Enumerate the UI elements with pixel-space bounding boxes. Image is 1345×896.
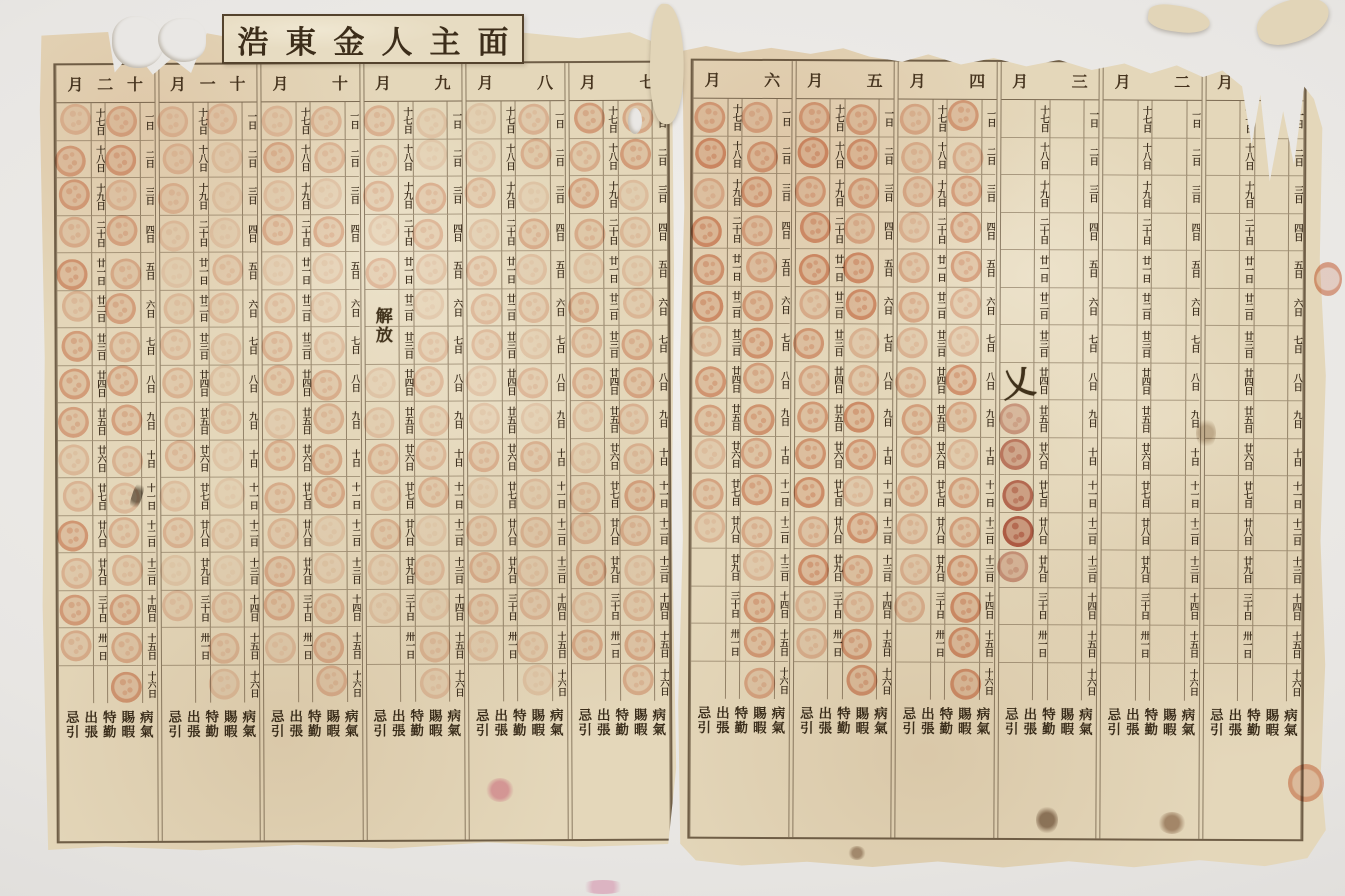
document-title: 浩東金人主面 [221, 17, 526, 62]
stamp-cell-second-half [161, 665, 196, 703]
day-label: 卅一日 [298, 627, 313, 665]
attendance-seal-stamp [621, 476, 659, 514]
month-body: 十七日一日十八日二日十九日三日二十日四日廿一日五日廿二日六日廿三日七日廿四日八日… [1101, 100, 1201, 700]
day-label: 廿一日 [727, 249, 742, 287]
attendance-seal-stamp [944, 400, 978, 434]
month-header-char: 八 [537, 70, 553, 93]
day-label: 廿一日 [92, 253, 107, 291]
day-label: 廿三日 [727, 324, 742, 362]
attendance-seal-stamp [362, 141, 401, 180]
attendance-seal-stamp [364, 211, 402, 249]
leave-legend: 忌引出張特勤賜暇病氣 [59, 703, 157, 841]
day-label: 廿四日 [92, 366, 107, 404]
attendance-seal-stamp [106, 627, 146, 667]
stamp-cell-second-half [570, 363, 605, 401]
stamp-cell-second-half [1103, 100, 1138, 138]
day-label [606, 663, 621, 701]
legend-label: 出張 [288, 709, 302, 738]
day-label: 廿一日 [1137, 251, 1152, 289]
day-label: 廿八日 [726, 511, 741, 549]
attendance-seal-stamp [410, 363, 447, 400]
attendance-seal-stamp [690, 288, 727, 325]
stamp-cell-second-half [1102, 400, 1137, 438]
day-label: 十一日 [552, 476, 566, 514]
stamp-cell-first-half [619, 363, 654, 401]
stamp-cell-first-half [1049, 288, 1084, 326]
attendance-seal-stamp [105, 364, 140, 399]
day-label: 十日 [1083, 438, 1097, 476]
stamp-cell-first-half [311, 102, 346, 140]
month-column-三月: 月三十七日一日十八日二日十九日三日二十日四日廿一日五日廿二日六日廿三日七日廿四日… [997, 62, 1100, 838]
day-label: 卅一日 [726, 624, 741, 662]
day-label: 八日 [1186, 363, 1200, 401]
stamp-cell-first-half [313, 515, 348, 553]
stamp-cell-second-half [1001, 100, 1036, 138]
attendance-seal-stamp [462, 174, 499, 211]
stamp-cell-first-half [741, 436, 776, 474]
day-label: 八日 [776, 362, 790, 400]
day-label: 二日 [141, 140, 155, 178]
day-label: 十七日 [501, 101, 516, 139]
attendance-seal-stamp [262, 405, 299, 442]
stamp-cell-first-half [946, 362, 981, 400]
day-label: 廿二日 [932, 287, 947, 325]
day-label: 廿九日 [1136, 551, 1151, 589]
attendance-seal-stamp [894, 207, 935, 248]
attendance-seal-stamp [412, 179, 450, 217]
attendance-seal-stamp [361, 364, 399, 402]
month-body: 十七日一日十八日二日十九日三日二十日四日廿一日五日廿二日六日廿三日七日廿四日八日… [159, 102, 259, 702]
day-label: 十八日 [296, 140, 311, 178]
stamp-cell-first-half [108, 665, 143, 703]
attendance-seal-stamp [838, 471, 878, 511]
attendance-seal-stamp [517, 587, 553, 623]
day-label: 廿四日 [605, 363, 620, 401]
attendance-seal-stamp [619, 586, 658, 625]
attendance-seal-stamp [108, 442, 146, 480]
stamp-cell-first-half [209, 215, 244, 253]
day-label: 三十日 [828, 587, 843, 625]
stamp-cell-second-half [571, 588, 606, 626]
day-label: 三十日 [726, 586, 741, 624]
stamp-cell-second-half [999, 625, 1034, 663]
stamp-cell-second-half [59, 666, 94, 704]
attendance-seal-stamp [464, 474, 501, 511]
stamp-cell-first-half [208, 102, 243, 140]
day-label: 二日 [777, 137, 791, 175]
stamp-cell-first-half [742, 286, 777, 324]
stamp-cell-second-half [366, 589, 401, 627]
attendance-seal-stamp [466, 592, 501, 627]
day-label: 十九日 [399, 177, 414, 215]
day-label: 二十日 [728, 211, 743, 249]
legend-label: 病氣 [138, 710, 152, 739]
day-label: 十三日 [1083, 550, 1097, 588]
stamp-cell-first-half [843, 512, 878, 550]
attendance-seal-stamp [414, 105, 450, 141]
attendance-seal-stamp [568, 248, 609, 289]
day-label: 廿一日 [297, 252, 312, 290]
day-label: 十八日 [501, 139, 516, 177]
day-label: 廿六日 [829, 437, 844, 475]
stamp-cell-first-half [742, 174, 777, 212]
day-label: 二日 [1187, 138, 1201, 176]
stamp-cell-first-half [1152, 288, 1187, 326]
attendance-seal-stamp [691, 216, 723, 248]
stamp-cell-second-half [691, 624, 726, 662]
attendance-seal-stamp [516, 135, 554, 173]
attendance-seal-stamp [158, 553, 192, 587]
day-label: 八日 [1084, 363, 1098, 401]
stamp-cell-first-half [946, 587, 981, 625]
stamp-cell-first-half [415, 589, 450, 627]
attendance-seal-stamp [465, 438, 504, 477]
stamp-cell-first-half [620, 551, 655, 589]
stamp-cell-first-half [1253, 514, 1288, 552]
stamp-cell-first-half [210, 402, 245, 440]
stamp-cell-first-half [1151, 363, 1186, 401]
month-column-八月: 月八十七日一日十八日二日十九日三日二十日四日廿一日五日廿二日六日廿三日七日廿四日… [465, 63, 568, 839]
attendance-seal-stamp [209, 668, 240, 699]
attendance-seal-stamp [209, 590, 244, 625]
attendance-seal-stamp [514, 99, 553, 138]
stamp-cell-second-half [58, 553, 93, 591]
stamp-cell-first-half [743, 99, 778, 137]
stamp-cell-first-half [108, 553, 143, 591]
stamp-cell-first-half [311, 140, 346, 178]
paper-sheet-right: 月六十七日一日十八日二日十九日三日二十日四日廿一日五日廿二日六日廿三日七日廿四日… [676, 43, 1334, 872]
attendance-seal-stamp [259, 585, 299, 625]
attendance-seal-stamp [56, 404, 92, 440]
stamp-cell-second-half [366, 477, 401, 515]
day-label: 十二日 [1083, 513, 1097, 551]
stamp-cell-first-half [945, 662, 980, 700]
day-label: 十一日 [450, 477, 464, 515]
attendance-seal-stamp [563, 173, 603, 213]
day-label: 六日 [879, 287, 893, 325]
day-label: 十三日 [450, 552, 464, 590]
stamp-cell-first-half [208, 140, 243, 178]
day-label: 九日 [654, 401, 668, 439]
stamp-cell-first-half [1253, 626, 1288, 664]
stamp-cell-second-half [262, 215, 297, 253]
day-label: 卅一日 [1033, 625, 1048, 663]
day-label [94, 666, 109, 704]
day-label: 十六日 [877, 662, 891, 700]
stamp-cell-second-half [366, 514, 401, 552]
day-label: 四日 [1187, 213, 1201, 251]
month-header: 月一十 [159, 64, 257, 102]
attendance-seal-stamp [568, 441, 602, 475]
day-label: 九日 [1083, 400, 1097, 438]
attendance-seal-stamp [694, 136, 729, 171]
day-label: 十四日 [1083, 588, 1097, 626]
leave-legend: 忌引出張特勤賜暇病氣 [264, 702, 362, 840]
day-label: 廿九日 [1034, 550, 1049, 588]
stamp-cell-second-half [795, 212, 830, 250]
stamp-cell-second-half [1001, 175, 1036, 213]
stamp-cell-first-half [1254, 326, 1289, 364]
stamp-cell-second-half [1206, 138, 1241, 176]
stamp-cell-second-half [999, 475, 1034, 513]
attendance-seal-stamp [574, 102, 605, 133]
stamp-cell-second-half [693, 174, 728, 212]
stamp-cell-second-half [161, 553, 196, 591]
legend-label: 忌引 [901, 707, 915, 736]
day-label: 廿五日 [829, 399, 844, 437]
attendance-seal-stamp [795, 250, 833, 288]
attendance-seal-stamp [208, 632, 240, 664]
attendance-seal-stamp [415, 473, 452, 510]
attendance-seal-stamp [464, 398, 504, 438]
attendance-seal-stamp [310, 251, 344, 285]
attendance-seal-stamp [945, 208, 985, 248]
legend-label: 病氣 [241, 709, 255, 738]
stamp-cell-second-half [57, 216, 92, 254]
stamp-cell-first-half [843, 662, 878, 700]
day-label: 六日 [776, 287, 790, 325]
attendance-seal-stamp [944, 473, 983, 512]
month-column-十月: 月十十七日一日十八日二日十九日三日二十日四日廿一日五日廿二日六日廿三日七日廿四日… [260, 64, 363, 840]
day-label: 二日 [880, 137, 894, 175]
day-label: 廿六日 [605, 438, 620, 476]
stamp-cell-first-half [1050, 213, 1085, 251]
day-label: 卅一日 [931, 625, 946, 663]
day-label: 廿八日 [195, 515, 210, 553]
legend-label: 賜暇 [1264, 708, 1278, 737]
attendance-seal-stamp [417, 588, 451, 622]
day-label [299, 665, 314, 703]
month-header-char: 月 [1115, 69, 1131, 92]
day-label: 廿九日 [298, 552, 313, 590]
attendance-seal-stamp [946, 324, 980, 358]
stamp-cell-first-half [312, 402, 347, 440]
attendance-seal-stamp [793, 476, 824, 507]
day-label: 十五日 [655, 626, 669, 664]
attendance-seal-stamp [211, 474, 248, 511]
stamp-cell-second-half [793, 662, 828, 700]
attendance-seal-stamp [944, 96, 982, 134]
day-label: 卅一日 [93, 628, 108, 666]
stamp-cell-first-half [947, 287, 982, 325]
day-label: 五日 [551, 251, 565, 289]
stamp-cell-second-half [1204, 551, 1239, 589]
day-label: 三日 [243, 177, 257, 215]
attendance-seal-stamp [738, 399, 779, 440]
day-label: 廿八日 [931, 512, 946, 550]
day-label: 十四日 [450, 589, 464, 627]
stamp-cell-second-half [1101, 550, 1136, 588]
stamp-cell-second-half [795, 287, 830, 325]
stamp-cell-second-half [1205, 363, 1240, 401]
stamp-cell-second-half [571, 476, 606, 514]
stamp-cell-first-half [518, 551, 553, 589]
attendance-seal-stamp [510, 248, 551, 289]
stamp-cell-first-half [1253, 551, 1288, 589]
stamp-cell-first-half [313, 552, 348, 590]
day-label: 一日 [1187, 101, 1201, 139]
stamp-cell-first-half [843, 587, 878, 625]
day-label: 三十日 [931, 587, 946, 625]
stamp-cell-second-half [366, 439, 401, 477]
stamp-cell-second-half [569, 176, 604, 214]
attendance-seal-stamp [313, 331, 344, 362]
day-label: 廿五日 [400, 402, 415, 440]
stamp-cell-first-half [741, 399, 776, 437]
stamp-cell-second-half [468, 476, 503, 514]
day-label: 十四日 [775, 586, 789, 624]
stamp-cell-second-half [692, 399, 727, 437]
stamp-cell-first-half [312, 440, 347, 478]
legend-label: 病氣 [770, 706, 784, 735]
stamp-cell-first-half [312, 477, 347, 515]
attendance-seal-stamp [946, 284, 985, 323]
day-label: 四日 [879, 212, 893, 250]
day-label: 三日 [551, 176, 565, 214]
stamp-cell-second-half [570, 326, 605, 364]
stamp-cell-second-half [160, 403, 195, 441]
day-label: 十五日 [877, 624, 891, 662]
day-label: 廿八日 [829, 512, 844, 550]
stamp-cell-second-half [468, 401, 503, 439]
stamp-cell-second-half [1205, 326, 1240, 364]
legend-label: 特勤 [101, 710, 115, 739]
attendance-seal-stamp [410, 217, 445, 252]
day-label: 七日 [1084, 325, 1098, 363]
day-label: 十二日 [775, 511, 789, 549]
leave-legend: 忌引出張特勤賜暇病氣 [367, 702, 465, 840]
stamp-cell-second-half [262, 252, 297, 290]
day-label: 三日 [1289, 176, 1303, 214]
stamp-cell-first-half [312, 365, 347, 403]
attendance-seal-stamp [739, 622, 779, 662]
stamp-cell-first-half [844, 399, 879, 437]
legend-label: 出張 [390, 709, 404, 738]
day-label: 十八日 [933, 137, 948, 175]
day-label: 五日 [1289, 251, 1303, 289]
day-label: 廿六日 [932, 437, 947, 475]
day-label: 卅一日 [606, 626, 621, 664]
attendance-seal-stamp [417, 665, 454, 702]
attendance-seal-stamp [571, 400, 603, 432]
stamp-cell-first-half [518, 664, 553, 702]
stamp-cell-second-half [468, 439, 503, 477]
stamp-cell-second-half [693, 211, 728, 249]
attendance-seal-stamp [739, 288, 775, 324]
day-label: 十日 [1288, 439, 1302, 477]
stamp-cell-first-half [618, 138, 653, 176]
attendance-seal-stamp [210, 552, 247, 589]
day-label: 十二日 [552, 514, 566, 552]
day-label: 三日 [777, 174, 791, 212]
day-label: 廿七日 [503, 476, 518, 514]
stamp-cell-first-half [416, 627, 451, 665]
legend-label: 特勤 [511, 708, 525, 737]
day-label: 廿九日 [93, 553, 108, 591]
day-label: 十九日 [1138, 176, 1153, 214]
day-label: 廿五日 [1137, 401, 1152, 439]
day-label: 十日 [981, 437, 995, 475]
attendance-seal-stamp [623, 553, 657, 587]
day-label: 七日 [981, 325, 995, 363]
attendance-seal-stamp [260, 627, 301, 668]
stamp-cell-second-half [262, 177, 297, 215]
legend-label: 出張 [817, 706, 831, 735]
day-label: 十九日 [194, 178, 209, 216]
stamp-cell-second-half [160, 290, 195, 328]
stamp-cell-second-half [1103, 138, 1138, 176]
attendance-seal-stamp [101, 290, 138, 327]
day-label: 二日 [448, 139, 462, 177]
attendance-seal-stamp [896, 249, 932, 285]
stamp-cell-second-half [467, 176, 502, 214]
attendance-seal-stamp [795, 627, 828, 660]
legend-label: 賜暇 [956, 707, 970, 736]
attendance-seal-stamp [261, 139, 298, 176]
stamp-cell-second-half [468, 514, 503, 552]
photo-background: 月二十十七日一日十八日二日十九日三日二十日四日廿一日五日廿二日六日廿三日七日廿四… [0, 0, 1345, 896]
stamp-cell-first-half [1049, 438, 1084, 476]
stamp-cell-first-half [620, 588, 655, 626]
day-label: 十六日 [980, 662, 994, 700]
attendance-seal-stamp [845, 324, 883, 362]
month-header: 月六 [694, 61, 792, 99]
paper-tear [628, 108, 642, 134]
day-label: 一日 [1085, 100, 1099, 138]
attendance-seal-stamp [739, 174, 774, 209]
stamp-cell-first-half [741, 474, 776, 512]
attendance-seal-stamp [416, 402, 453, 439]
attendance-seal-stamp [362, 406, 395, 439]
stamp-cell-second-half [796, 99, 831, 137]
legend-label: 特勤 [938, 707, 952, 736]
day-label: 十九日 [91, 178, 106, 216]
stamp-cell-first-half [1254, 289, 1289, 327]
stamp-cell-second-half [1204, 588, 1239, 626]
attendance-seal-stamp [155, 217, 193, 255]
stamp-cell-first-half [106, 178, 141, 216]
day-label [1238, 664, 1253, 702]
legend-label: 出張 [1227, 708, 1241, 737]
day-label: 廿三日 [195, 328, 210, 366]
brown-stain [1158, 812, 1186, 834]
attendance-seal-stamp [890, 362, 931, 403]
day-label: 三日 [448, 177, 462, 215]
attendance-seal-stamp [412, 136, 451, 175]
stamp-cell-first-half [209, 177, 244, 215]
day-label: 六日 [551, 289, 565, 327]
attendance-seal-stamp [464, 252, 500, 288]
day-label: 廿六日 [1239, 439, 1254, 477]
stamp-cell-first-half [313, 590, 348, 628]
day-label: 三十日 [1238, 589, 1253, 627]
legend-label: 忌引 [577, 708, 591, 737]
day-label: 十五日 [980, 625, 994, 663]
day-label: 四日 [982, 212, 996, 250]
stamp-cell-second-half [467, 251, 502, 289]
attendance-seal-stamp [205, 213, 245, 253]
day-label: 廿一日 [932, 250, 947, 288]
attendance-seal-stamp [844, 288, 878, 322]
day-label: 十日 [552, 439, 566, 477]
stamp-cell-second-half [1000, 212, 1035, 250]
attendance-seal-stamp [466, 216, 502, 252]
stamp-cell-second-half [160, 328, 195, 366]
stamp-cell-second-half [1102, 438, 1137, 476]
attendance-seal-stamp [947, 589, 984, 626]
day-label: 廿一日 [604, 251, 619, 289]
attendance-seal-stamp [207, 399, 245, 437]
